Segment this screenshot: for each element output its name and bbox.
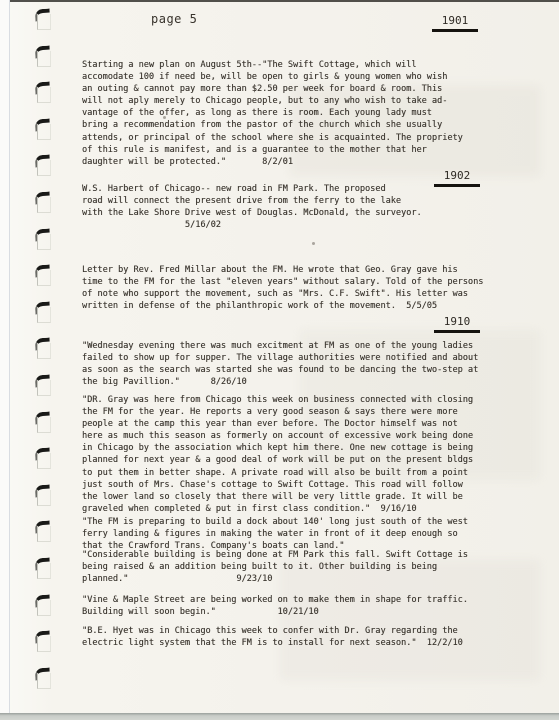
scan-speck [163,116,166,119]
binding-hook [33,82,53,106]
binding-hook [33,631,53,655]
binding-hook [33,448,53,472]
entry-paragraph-electric-light: "B.E. Hyet was in Chicago this week to c… [82,625,463,649]
binding-hook [33,265,53,289]
entry-paragraph-dock: "The FM is preparing to build a dock abo… [82,516,468,552]
entry-paragraph-swift-cottage-plan: Starting a new plan on August 5th--"The … [82,59,463,168]
entry-paragraph-dr-gray-closing: "DR. Gray was here from Chicago this wee… [82,394,473,515]
scan-top-edge [0,0,559,2]
binding-hook [33,558,53,582]
year-heading-1910: 1910 [434,315,480,333]
binding-hook [33,46,53,70]
binding-hook [33,338,53,362]
scan-speck [312,242,315,245]
year-heading-1902: 1902 [434,169,480,187]
page-number-label: page 5 [151,12,197,26]
binding-hook [33,485,53,509]
binding-hook [33,155,53,179]
entry-paragraph-millar-letter: Letter by Rev. Fred Millar about the FM.… [82,264,483,312]
entry-paragraph-harbert-road: W.S. Harbert of Chicago-- new road in FM… [82,183,422,231]
binding-hook [33,375,53,399]
binding-hook [33,595,53,619]
binding-hook [33,119,53,143]
entry-paragraph-considerable-building: "Considerable building is being done at … [82,549,468,585]
entry-paragraph-vine-maple-street: "Vine & Maple Street are being worked on… [82,594,468,618]
entry-paragraph-missing-lady: "Wednesday evening there was much excitm… [82,340,478,388]
paper-left-edge [0,0,10,720]
binding-hook [33,521,53,545]
binding-hook [33,192,53,216]
scanned-page: page 5 1901 1902 1910 Starting a new pla… [0,0,559,720]
binding-hook [33,302,53,326]
binding-hook [33,412,53,436]
binding-hook [33,668,53,692]
binding-hook [33,9,53,33]
year-heading-1901: 1901 [432,14,478,32]
binding-hook [33,229,53,253]
scan-bottom-edge [0,713,559,720]
